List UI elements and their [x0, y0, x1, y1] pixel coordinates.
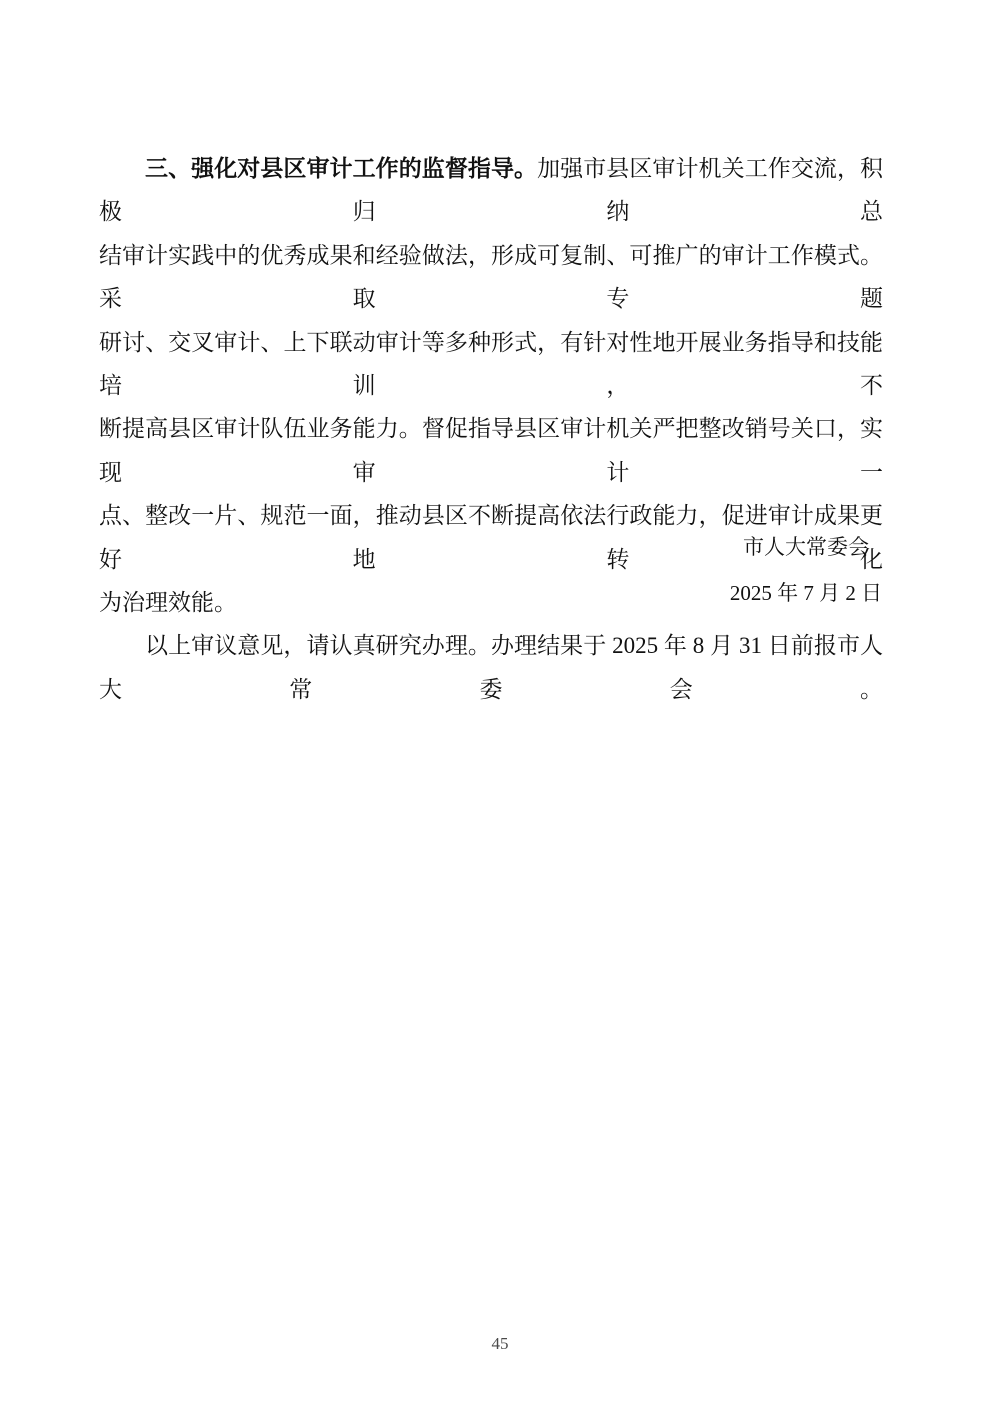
- paragraph-line: 断提高县区审计队伍业务能力。督促指导县区审计机关严把整改销号关口，实现审计一: [99, 407, 883, 494]
- page-number: 45: [0, 1334, 1000, 1354]
- section-heading: 三、强化对县区审计工作的监督指导。: [145, 155, 537, 181]
- signature-date: 2025 年 7 月 2 日: [686, 570, 926, 616]
- closing-paragraph: 以上审议意见，请认真研究办理。办理结果于 2025 年 8 月 31 日前报市人…: [99, 624, 883, 711]
- paragraph-line: 结审计实践中的优秀成果和经验做法，形成可复制、可推广的审计工作模式。采取专题: [99, 234, 883, 321]
- paragraph-first-line: 三、强化对县区审计工作的监督指导。加强市县区审计机关工作交流，积极归纳总: [99, 147, 883, 234]
- signature-organization: 市人大常委会: [686, 524, 926, 570]
- paragraph-line: 研讨、交叉审计、上下联动审计等多种形式，有针对性地开展业务指导和技能培训，不: [99, 321, 883, 408]
- document-page: 三、强化对县区审计工作的监督指导。加强市县区审计机关工作交流，积极归纳总 结审计…: [0, 0, 1000, 1415]
- main-text-block: 三、强化对县区审计工作的监督指导。加强市县区审计机关工作交流，积极归纳总 结审计…: [99, 147, 883, 711]
- signature-block: 市人大常委会 2025 年 7 月 2 日: [686, 524, 926, 616]
